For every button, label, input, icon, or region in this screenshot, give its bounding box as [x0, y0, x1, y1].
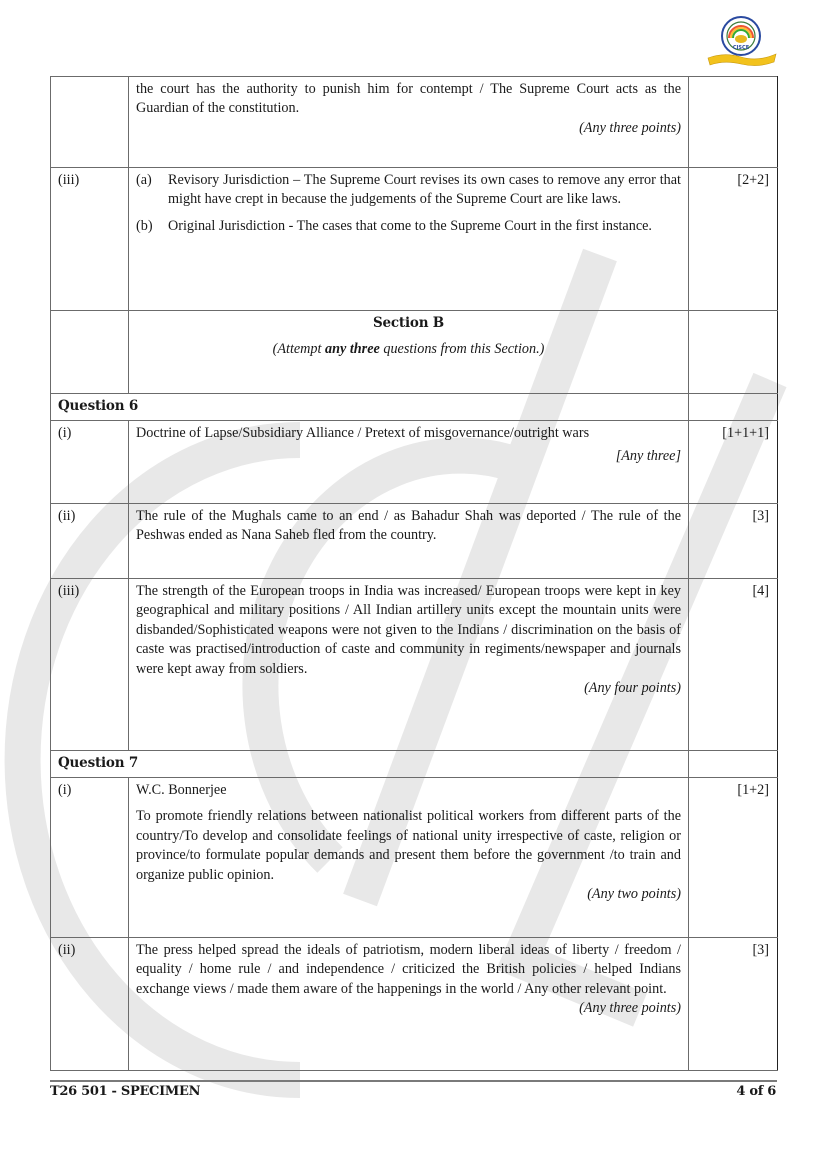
- footer-divider: [50, 1080, 777, 1082]
- paper-code: T26 501 - SPECIMEN: [50, 1084, 200, 1099]
- answer-text: The strength of the European troops in I…: [136, 582, 681, 679]
- question-heading: Question 7: [51, 751, 688, 773]
- answer-part-b: (b) Original Jurisdiction - The cases th…: [136, 217, 681, 236]
- answer-cell: The strength of the European troops in I…: [129, 579, 689, 751]
- answer-note: (Any two points): [136, 885, 681, 904]
- marking-scheme-table: the court has the authority to punish hi…: [50, 76, 778, 1071]
- marks-value: [4]: [689, 579, 777, 601]
- marks-value: [3]: [689, 504, 777, 526]
- answer-part-a: (a) Revisory Jurisdiction – The Supreme …: [136, 171, 681, 210]
- answer-note: (Any three points): [136, 999, 681, 1018]
- answer-cell: (a) Revisory Jurisdiction – The Supreme …: [129, 168, 689, 311]
- section-instruction: (Attempt any three questions from this S…: [136, 340, 681, 359]
- question-heading-row: Question 6: [51, 394, 778, 421]
- question-heading: Question 6: [51, 394, 688, 416]
- table-row: (ii) The press helped spread the ideals …: [51, 938, 778, 1071]
- question-number: (i): [51, 778, 128, 800]
- table-row: (i) W.C. Bonnerjee To promote friendly r…: [51, 778, 778, 938]
- question-number-cell: (iii): [51, 168, 129, 311]
- table-row: (i) Doctrine of Lapse/Subsidiary Allianc…: [51, 421, 778, 504]
- answer-text: To promote friendly relations between na…: [136, 807, 681, 885]
- question-number: (iii): [51, 579, 128, 601]
- marks-value: [3]: [689, 938, 777, 960]
- marks-value: [2+2]: [689, 168, 777, 190]
- answer-cell: W.C. Bonnerjee To promote friendly relat…: [129, 778, 689, 938]
- answer-cell: The rule of the Mughals came to an end /…: [129, 504, 689, 579]
- answer-text: the court has the authority to punish hi…: [136, 80, 681, 119]
- svg-text:CISCE: CISCE: [733, 45, 750, 51]
- answer-note: [Any three]: [136, 447, 681, 466]
- answer-text-first: W.C. Bonnerjee: [136, 781, 681, 800]
- question-number: (i): [51, 421, 128, 443]
- table-row: the court has the authority to punish hi…: [51, 77, 778, 168]
- cisce-logo-icon: CISCE: [704, 14, 778, 68]
- answer-note: (Any four points): [136, 679, 681, 698]
- answer-text: The press helped spread the ideals of pa…: [136, 941, 681, 999]
- table-row: (iii) The strength of the European troop…: [51, 579, 778, 751]
- answer-cell: the court has the authority to punish hi…: [129, 77, 689, 168]
- marks-cell: [2+2]: [689, 168, 778, 311]
- section-title: Section B: [136, 314, 681, 333]
- part-label: (a): [136, 171, 168, 210]
- question-heading-row: Question 7: [51, 751, 778, 778]
- answer-text: The rule of the Mughals came to an end /…: [136, 507, 681, 546]
- answer-cell: Doctrine of Lapse/Subsidiary Alliance / …: [129, 421, 689, 504]
- part-text: Revisory Jurisdiction – The Supreme Cour…: [168, 171, 681, 210]
- answer-cell: The press helped spread the ideals of pa…: [129, 938, 689, 1071]
- part-label: (b): [136, 217, 168, 236]
- part-text: Original Jurisdiction - The cases that c…: [168, 217, 681, 236]
- question-number: (ii): [51, 504, 128, 526]
- answer-text: Doctrine of Lapse/Subsidiary Alliance / …: [136, 424, 681, 443]
- marks-value: [1+1+1]: [689, 421, 777, 443]
- answer-note: (Any three points): [136, 119, 681, 138]
- marks-cell: [689, 77, 778, 168]
- section-cell: Section B (Attempt any three questions f…: [129, 311, 689, 394]
- section-header-row: Section B (Attempt any three questions f…: [51, 311, 778, 394]
- marks-value: [1+2]: [689, 778, 777, 800]
- question-number-cell: [51, 77, 129, 168]
- table-row: (ii) The rule of the Mughals came to an …: [51, 504, 778, 579]
- question-number: (ii): [51, 938, 128, 960]
- table-row: (iii) (a) Revisory Jurisdiction – The Su…: [51, 168, 778, 311]
- page-number: 4 of 6: [736, 1084, 776, 1099]
- question-number: (iii): [51, 168, 128, 190]
